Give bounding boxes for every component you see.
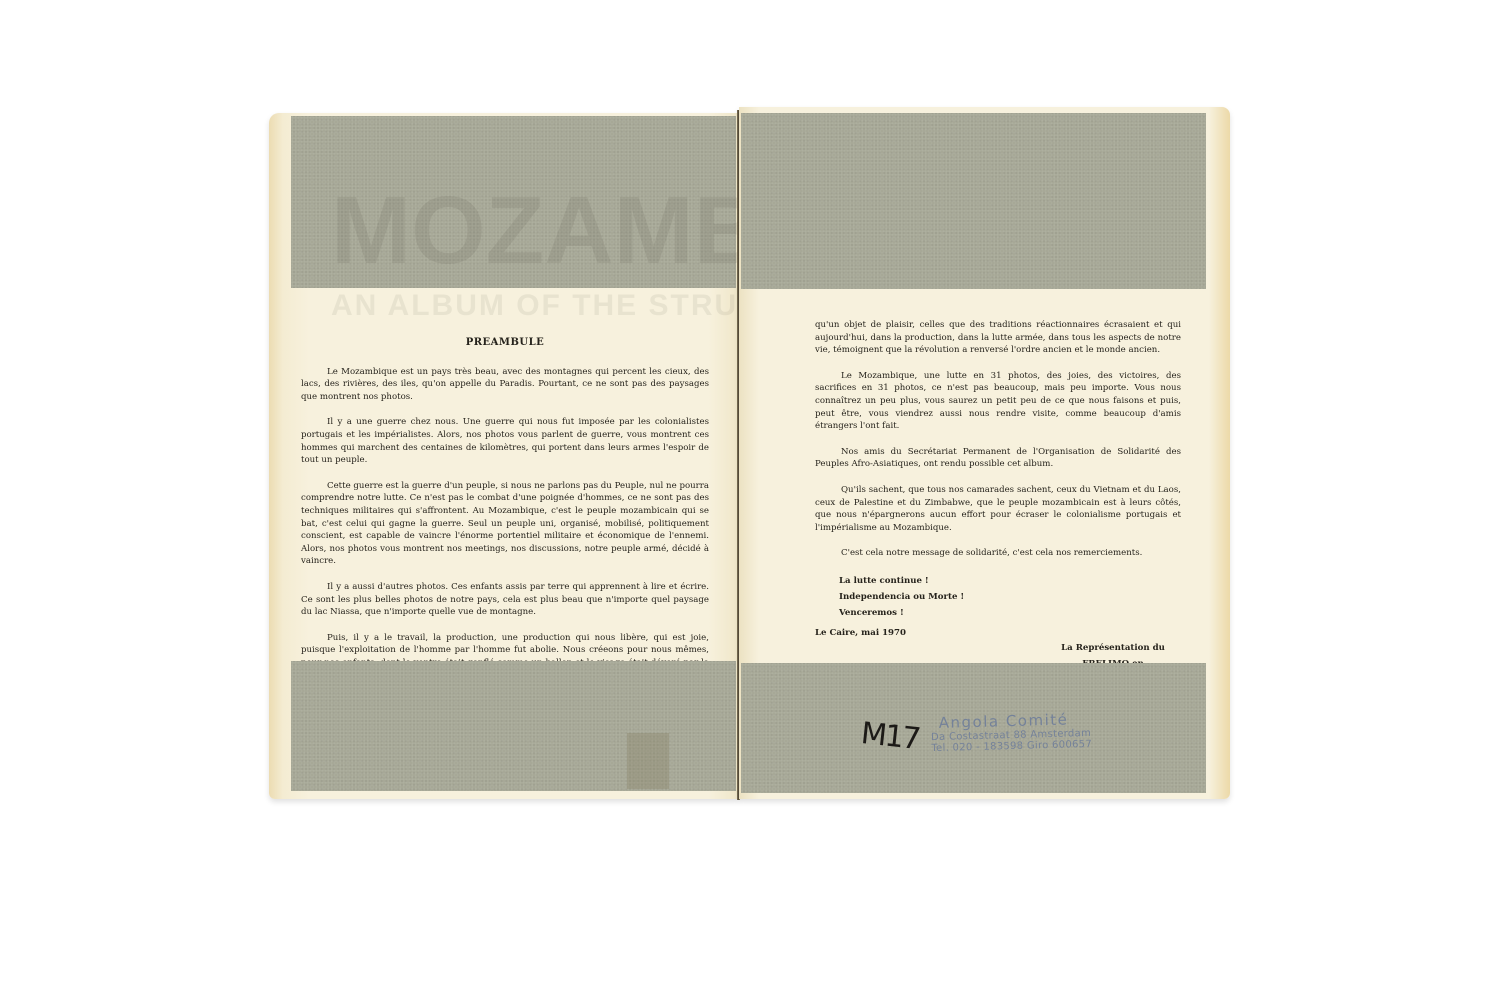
paragraph: qu'un objet de plaisir, celles que des t…: [815, 319, 1181, 357]
closing-slogan: Independencia ou Morte !: [815, 589, 1181, 605]
paragraph: Le Mozambique est un pays très beau, ave…: [301, 366, 709, 404]
paragraph: Il y a une guerre chez nous. Une guerre …: [301, 416, 709, 466]
left-page: MOZAMBIQUE AN ALBUM OF THE STRUGGLE PREA…: [269, 113, 739, 799]
show-through-header: [331, 143, 340, 174]
ink-stamp: Angola Comité Da Costastraat 88 Amsterda…: [931, 710, 1093, 754]
handwritten-catalog-number: M17: [859, 716, 920, 757]
paragraph: C'est cela notre message de solidarité, …: [815, 547, 1181, 560]
continuation-text: qu'un objet de plaisir, celles que des t…: [815, 319, 1181, 688]
page-title: PREAMBULE: [301, 337, 709, 350]
booklet-spread: MOZAMBIQUE AN ALBUM OF THE STRUGGLE PREA…: [0, 0, 1500, 1000]
right-page: qu'un objet de plaisir, celles que des t…: [739, 107, 1230, 799]
closing-slogan: Venceremos !: [815, 605, 1181, 621]
place-date: Le Caire, mai 1970: [815, 627, 1181, 640]
paragraph: Il y a aussi d'autres photos. Ces enfant…: [301, 581, 709, 619]
paragraph: Nos amis du Secrétariat Permanent de l'O…: [815, 446, 1181, 471]
bottom-gray-band: [291, 661, 736, 791]
paragraph: Cette guerre est la guerre d'un peuple, …: [301, 480, 709, 568]
top-gray-band: [741, 113, 1206, 289]
paragraph: Qu'ils sachent, que tous nos camarades s…: [815, 484, 1181, 534]
closing-slogan: La lutte continue !: [815, 573, 1181, 589]
paragraph: Le Mozambique, une lutte en 31 photos, d…: [815, 370, 1181, 433]
paper-stain: [627, 733, 669, 789]
